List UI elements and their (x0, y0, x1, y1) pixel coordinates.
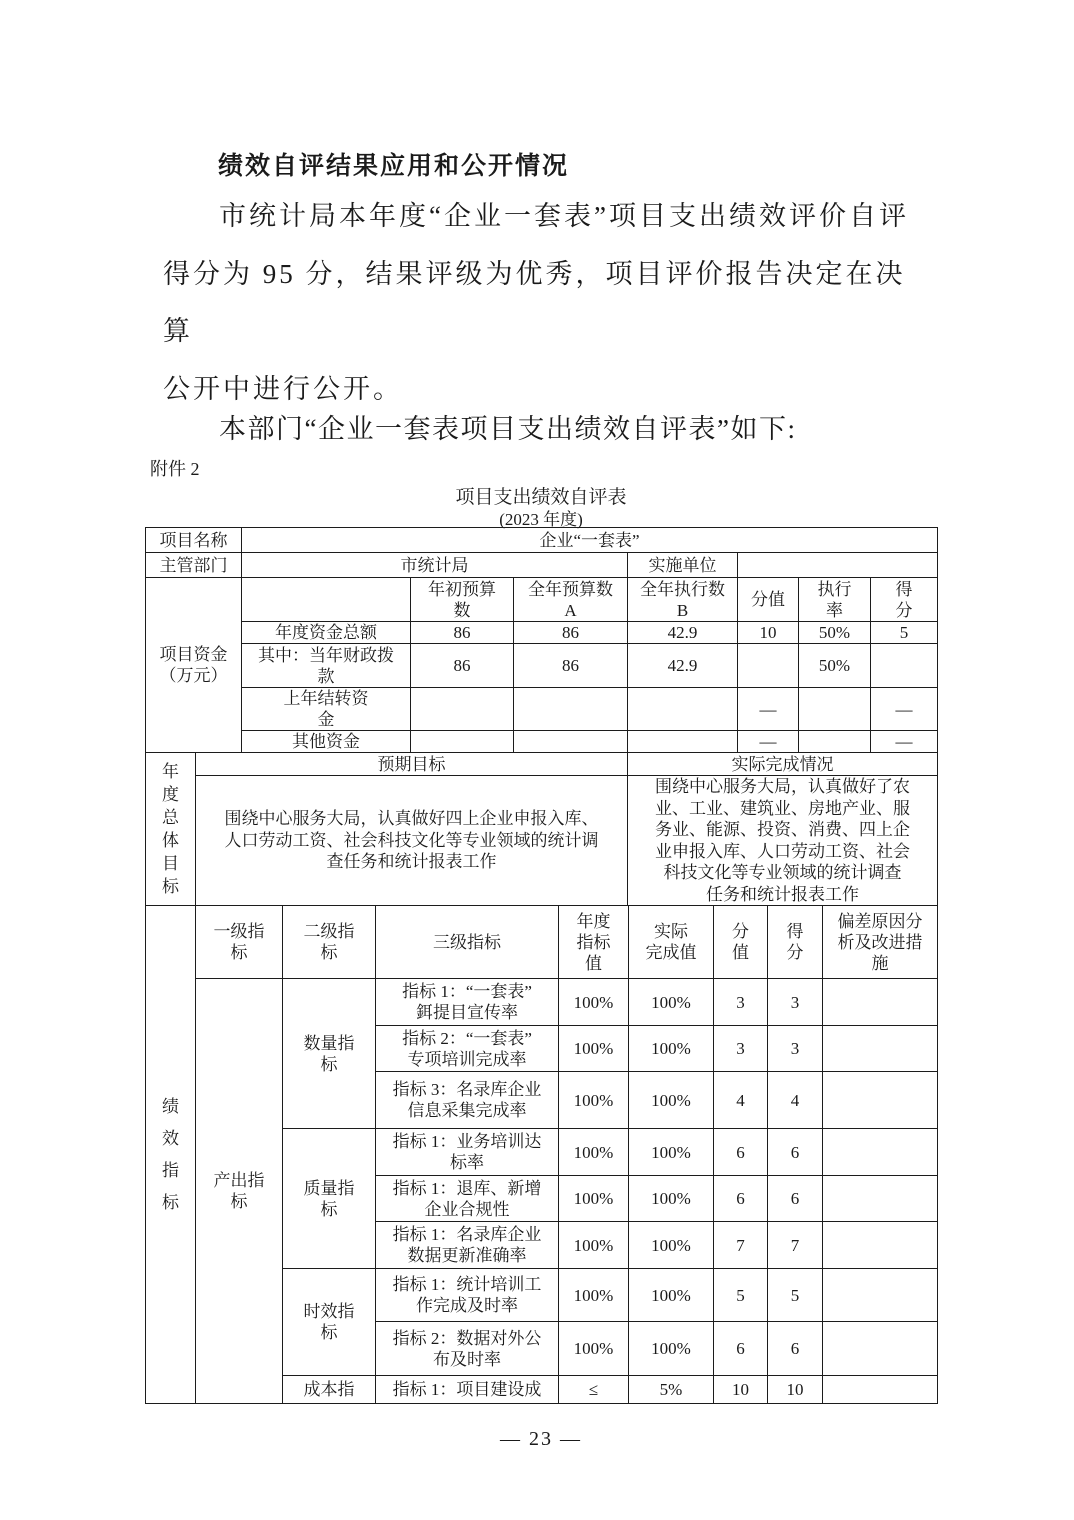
indicator-annual: 100% (559, 1222, 629, 1269)
funding-points: — (871, 731, 938, 753)
indicator-deviation (823, 979, 938, 1026)
indicator-name: 指标 1：统计培训工 作完成及时率 (376, 1269, 559, 1322)
funding-header-initial: 年初预算 数 (411, 578, 514, 622)
indicator-score: 6 (714, 1322, 768, 1376)
table-row: 产出指 标 数量指 标 指标 1：“一套表” 鉺提目宣传率 100% 100% … (146, 979, 938, 1026)
indicator-actual: 100% (629, 1072, 714, 1129)
funding-header-rate: 执行 率 (799, 578, 871, 622)
indicator-name: 指标 2：“一套表” 专项培训完成率 (376, 1026, 559, 1072)
actual-result-text: 围绕中心服务大局，认真做好了农 业、工业、建筑业、房地产业、服 务业、能源、投资… (628, 776, 938, 906)
expected-goal-header: 预期目标 (196, 753, 628, 776)
indicator-actual: 100% (629, 1322, 714, 1376)
actual-result-header: 实际完成情况 (628, 753, 938, 776)
funding-header-points: 得 分 (871, 578, 938, 622)
impl-unit-value (738, 553, 938, 578)
info-funding-table: 项目名称 企业“一套表” 主管部门 市统计局 实施单位 项目资金 （万元） 年初… (145, 527, 938, 753)
indicator-points: 7 (768, 1222, 823, 1269)
goals-side-label: 年度总体目标 (146, 753, 196, 906)
indicator-points: 3 (768, 979, 823, 1026)
impl-unit-label: 实施单位 (628, 553, 738, 578)
goals-side-label-text: 年度总体目标 (162, 760, 180, 898)
indicator-name: 指标 1：名录库企业 数据更新准确率 (376, 1222, 559, 1269)
indicator-deviation (823, 1322, 938, 1376)
body-paragraph: 市统计局本年度“企业一套表”项目支出绩效评价自评 得分为 95 分，结果评级为优… (163, 188, 923, 418)
group-quality-label: 质量指 标 (283, 1129, 376, 1269)
indicator-annual: 100% (559, 1176, 629, 1222)
funding-executed: 42.9 (628, 622, 738, 644)
indicator-score: 6 (714, 1176, 768, 1222)
indicator-score: 10 (714, 1376, 768, 1404)
funding-score (738, 644, 799, 688)
table-row: 年度总体目标 预期目标 实际完成情况 (146, 753, 938, 776)
annual-goals-table: 年度总体目标 预期目标 实际完成情况 围绕中心服务大局，认真做好四上企业申报入库… (145, 752, 938, 906)
dept-value: 市统计局 (242, 553, 628, 578)
indicator-points: 10 (768, 1376, 823, 1404)
level1-label: 产出指 标 (196, 979, 283, 1404)
indicator-score: 5 (714, 1269, 768, 1322)
funding-rate: 50% (799, 622, 871, 644)
indicator-score: 7 (714, 1222, 768, 1269)
project-name-label: 项目名称 (146, 528, 242, 553)
indicator-points: 6 (768, 1322, 823, 1376)
indicator-deviation (823, 1376, 938, 1404)
indicator-deviation (823, 1176, 938, 1222)
funding-header-executed: 全年执行数 B (628, 578, 738, 622)
funding-full-year (514, 688, 628, 731)
table-row: 绩效指标 一级指 标 二级指 标 三级指标 年度 指标 值 实际 完成值 分 值… (146, 906, 938, 979)
indicator-annual: 100% (559, 1026, 629, 1072)
indicator-score: 6 (714, 1129, 768, 1176)
indicator-points: 5 (768, 1269, 823, 1322)
funding-label: 年度资金总额 (242, 622, 411, 644)
indicators-side-label-text: 绩效指标 (162, 1091, 180, 1219)
funding-header-score: 分值 (738, 578, 799, 622)
funding-score: — (738, 688, 799, 731)
indicator-deviation (823, 1072, 938, 1129)
indicator-annual: 100% (559, 1072, 629, 1129)
indicator-name: 指标 1：“一套表” 鉺提目宣传率 (376, 979, 559, 1026)
expected-goal-text: 围绕中心服务大局，认真做好四上企业申报入库、 人口劳动工资、社会科技文化等专业领… (196, 776, 628, 906)
funding-initial: 86 (411, 622, 514, 644)
indicator-deviation (823, 1026, 938, 1072)
indicator-name: 指标 1：项目建设成 (376, 1376, 559, 1404)
table-row: 项目名称 企业“一套表” (146, 528, 938, 553)
indicator-annual: 100% (559, 1322, 629, 1376)
page-number: — 23 — (145, 1428, 937, 1451)
indicator-deviation (823, 1129, 938, 1176)
header-level2: 二级指 标 (283, 906, 376, 979)
funding-executed (628, 688, 738, 731)
indicator-annual: 100% (559, 1269, 629, 1322)
indicator-points: 6 (768, 1176, 823, 1222)
table-row: 主管部门 市统计局 实施单位 (146, 553, 938, 578)
dept-label: 主管部门 (146, 553, 242, 578)
group-timeliness-label: 时效指 标 (283, 1269, 376, 1376)
table-row: 其中：当年财政拨 款 86 86 42.9 50% (146, 644, 938, 688)
funding-empty-cell (242, 578, 411, 622)
table-row: 项目资金 （万元） 年初预算 数 全年预算数 A 全年执行数 B 分值 执行 率… (146, 578, 938, 622)
group-quantity-label: 数量指 标 (283, 979, 376, 1129)
header-level3: 三级指标 (376, 906, 559, 979)
document-page: 绩效自评结果应用和公开情况 市统计局本年度“企业一套表”项目支出绩效评价自评 得… (0, 0, 1074, 1520)
header-actual-value: 实际 完成值 (629, 906, 714, 979)
funding-initial: 86 (411, 644, 514, 688)
indicators-side-label: 绩效指标 (146, 906, 196, 1404)
funding-rate: 50% (799, 644, 871, 688)
indicator-actual: 100% (629, 979, 714, 1026)
funding-initial (411, 731, 514, 753)
indicator-score: 3 (714, 979, 768, 1026)
funding-score: 10 (738, 622, 799, 644)
indicator-annual: 100% (559, 1129, 629, 1176)
indicator-actual: 100% (629, 1129, 714, 1176)
funding-points: — (871, 688, 938, 731)
table-row: 上年结转资 金 — — (146, 688, 938, 731)
funding-points: 5 (871, 622, 938, 644)
funding-rate (799, 688, 871, 731)
indicator-deviation (823, 1269, 938, 1322)
funding-initial (411, 688, 514, 731)
indicator-name: 指标 1：退库、新增 企业合规性 (376, 1176, 559, 1222)
indicator-actual: 5% (629, 1376, 714, 1404)
indicator-score: 3 (714, 1026, 768, 1072)
indicator-annual: ≤ (559, 1376, 629, 1404)
header-annual-target: 年度 指标 值 (559, 906, 629, 979)
funding-full-year: 86 (514, 644, 628, 688)
table-row: 年度资金总额 86 86 42.9 10 50% 5 (146, 622, 938, 644)
header-points: 得 分 (768, 906, 823, 979)
funding-label: 上年结转资 金 (242, 688, 411, 731)
funding-full-year: 86 (514, 622, 628, 644)
indicator-actual: 100% (629, 1026, 714, 1072)
indicator-actual: 100% (629, 1222, 714, 1269)
funding-points (871, 644, 938, 688)
header-level1: 一级指 标 (196, 906, 283, 979)
indicator-annual: 100% (559, 979, 629, 1026)
indicator-points: 3 (768, 1026, 823, 1072)
group-cost-label: 成本指 (283, 1376, 376, 1404)
funding-label: 其中：当年财政拨 款 (242, 644, 411, 688)
indicator-points: 4 (768, 1072, 823, 1129)
funding-header-full-year: 全年预算数 A (514, 578, 628, 622)
project-name-value: 企业“一套表” (242, 528, 938, 553)
funding-executed: 42.9 (628, 644, 738, 688)
intro-line: 本部门“企业一套表项目支出绩效自评表”如下: (163, 407, 923, 446)
indicator-name: 指标 2：数据对外公 布及时率 (376, 1322, 559, 1376)
indicator-name: 指标 1：业务培训达 标率 (376, 1129, 559, 1176)
indicator-points: 6 (768, 1129, 823, 1176)
indicator-deviation (823, 1222, 938, 1269)
funding-full-year (514, 731, 628, 753)
funding-executed (628, 731, 738, 753)
header-score: 分 值 (714, 906, 768, 979)
table-row: 其他资金 — — (146, 731, 938, 753)
header-deviation: 偏差原因分 析及改进措 施 (823, 906, 938, 979)
funding-score: — (738, 731, 799, 753)
indicator-name: 指标 3：名录库企业 信息采集完成率 (376, 1072, 559, 1129)
funding-label: 其他资金 (242, 731, 411, 753)
indicator-actual: 100% (629, 1176, 714, 1222)
indicator-actual: 100% (629, 1269, 714, 1322)
table-row: 围绕中心服务大局，认真做好四上企业申报入库、 人口劳动工资、社会科技文化等专业领… (146, 776, 938, 906)
indicator-score: 4 (714, 1072, 768, 1129)
indicators-table: 绩效指标 一级指 标 二级指 标 三级指标 年度 指标 值 实际 完成值 分 值… (145, 905, 938, 1404)
funding-rate (799, 731, 871, 753)
self-evaluation-table: 项目名称 企业“一套表” 主管部门 市统计局 实施单位 项目资金 （万元） 年初… (145, 527, 937, 1404)
funding-row-label: 项目资金 （万元） (146, 578, 242, 753)
section-heading: 绩效自评结果应用和公开情况 (218, 146, 569, 182)
attachment-label: 附件 2 (150, 455, 200, 481)
